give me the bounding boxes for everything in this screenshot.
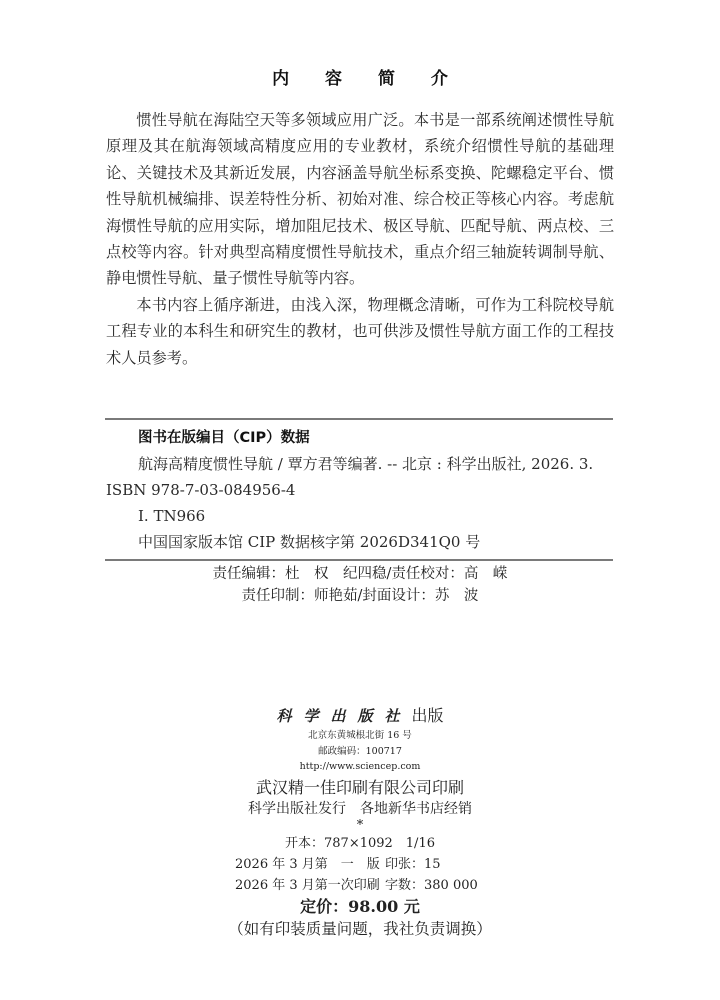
printing-row: 2026 年 3 月第一次印刷 字数：380 000 bbox=[0, 875, 720, 896]
cip-top-rule bbox=[105, 418, 613, 420]
price-line: 定价：98.00 元 bbox=[0, 896, 720, 918]
edition-row: 2026 年 3 月第 一 版 印张：15 bbox=[0, 854, 720, 875]
sheets-value: 印张：15 bbox=[385, 854, 485, 875]
edition-label: 2026 年 3 月第 一 版 bbox=[235, 854, 385, 875]
cip-bibliographic-line: 航海高精度惯性导航 / 覃方君等编著. -- 北京 : 科学出版社, 2026.… bbox=[106, 451, 616, 477]
cip-bottom-rule bbox=[105, 559, 613, 561]
publisher-logo: 科学出版社 bbox=[276, 707, 411, 725]
cip-number: 中国国家版本馆 CIP 数据核字第 2026D341Q0 号 bbox=[106, 529, 616, 555]
separator-star: * bbox=[0, 819, 720, 833]
publisher-address: 北京东黄城根北街 16 号 bbox=[0, 728, 720, 744]
publisher-line: 科学出版社出版 bbox=[0, 704, 720, 728]
credits-production: 责任印制：师艳茹/封面设计：苏 波 bbox=[0, 585, 720, 607]
abstract-section: 惯性导航在海陆空天等多领域应用广泛。本书是一部系统阐述惯性导航原理及其在航海领域… bbox=[106, 107, 614, 371]
cip-heading: 图书在版编目（CIP）数据 bbox=[106, 425, 616, 451]
abstract-paragraph-2: 本书内容上循序渐进，由浅入深，物理概念清晰，可作为工科院校导航工程专业的本科生和… bbox=[106, 292, 614, 371]
quality-notice: （如有印装质量问题，我社负责调换） bbox=[0, 918, 720, 940]
publisher-website: http://www.sciencep.com bbox=[0, 759, 720, 775]
cip-classification: I. TN966 bbox=[106, 503, 616, 529]
words-value: 字数：380 000 bbox=[385, 875, 485, 896]
cip-isbn: ISBN 978-7-03-084956-4 bbox=[106, 477, 616, 503]
credits-editors: 责任编辑：杜 权 纪四稳/责任校对：高 嵘 bbox=[0, 563, 720, 585]
distribution-line: 科学出版社发行 各地新华书店经销 bbox=[0, 799, 720, 819]
publisher-postcode: 邮政编码：100717 bbox=[0, 744, 720, 760]
printing-label: 2026 年 3 月第一次印刷 bbox=[235, 875, 385, 896]
cip-section: 图书在版编目（CIP）数据 航海高精度惯性导航 / 覃方君等编著. -- 北京 … bbox=[106, 425, 616, 555]
specs-block: 开本：787×1092 1/16 2026 年 3 月第 一 版 印张：15 2… bbox=[0, 833, 720, 896]
credits-section: 责任编辑：杜 权 纪四稳/责任校对：高 嵘 责任印制：师艳茹/封面设计：苏 波 bbox=[0, 563, 720, 607]
page-title: 内 容 简 介 bbox=[0, 64, 720, 89]
format-line: 开本：787×1092 1/16 bbox=[0, 833, 720, 854]
printer-line: 武汉精一佳印刷有限公司印刷 bbox=[0, 777, 720, 799]
imprint-section: 科学出版社出版 北京东黄城根北街 16 号 邮政编码：100717 http:/… bbox=[0, 704, 720, 940]
publisher-suffix: 出版 bbox=[412, 706, 444, 725]
abstract-paragraph-1: 惯性导航在海陆空天等多领域应用广泛。本书是一部系统阐述惯性导航原理及其在航海领域… bbox=[106, 107, 614, 292]
